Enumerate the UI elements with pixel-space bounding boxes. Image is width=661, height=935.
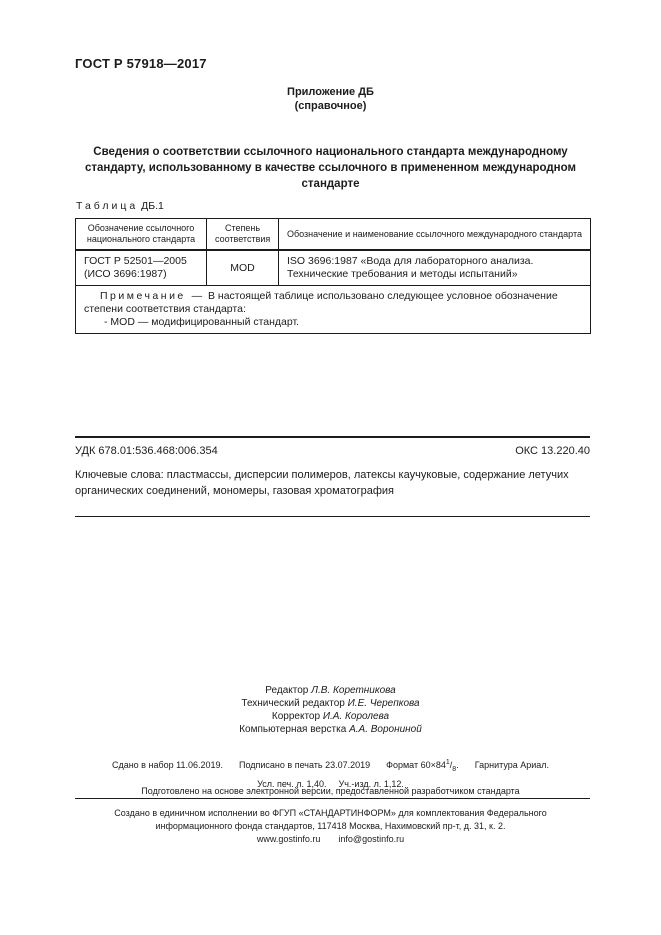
credit-line-editor: Редактор Л.В. Коретникова xyxy=(0,684,661,697)
footer-line-1: Создано в единичном исполнении во ФГУП «… xyxy=(0,807,661,820)
note-label: Примечание xyxy=(100,290,186,302)
reference-standards-table: Обозначение ссылочного национального ста… xyxy=(75,218,591,334)
document-code: ГОСТ Р 57918—2017 xyxy=(75,56,207,71)
document-heading: Сведения о соответствии ссылочного нацио… xyxy=(80,144,581,192)
credit-name: И.Е. Черепкова xyxy=(348,698,420,709)
note-dash: — xyxy=(192,290,203,302)
note-item: - MOD — модифицированный стандарт. xyxy=(84,316,582,329)
footer-contacts: www.gostinfo.ruinfo@gostinfo.ru xyxy=(0,833,661,846)
document-page: ГОСТ Р 57918—2017 Приложение ДБ (справоч… xyxy=(0,0,661,935)
divider-below-keywords xyxy=(75,516,590,517)
imprint-print-date: Подписано в печать 23.07.2019 xyxy=(239,760,370,770)
table-row: ГОСТ Р 52501—2005 (ИСО 3696:1987) MOD IS… xyxy=(76,250,591,286)
credits-block: Редактор Л.В. Коретникова Технический ре… xyxy=(0,684,661,736)
appendix-title: Приложение ДБ xyxy=(0,86,661,100)
credit-line-proofreader: Корректор И.А. Королева xyxy=(0,710,661,723)
credit-line-layout: Компьютерная верстка А.А. Ворониной xyxy=(0,723,661,736)
credit-name: Л.В. Коретникова xyxy=(311,685,396,696)
column-header-international-standard: Обозначение и наименование ссылочного ме… xyxy=(279,219,591,251)
credit-role: Редактор xyxy=(265,685,308,696)
imprint-format: Формат 60×841/8. xyxy=(386,760,459,770)
table-caption-number: ДБ.1 xyxy=(141,200,164,212)
classification-codes-row: УДК 678.01:536.468:006.354 ОКС 13.220.40 xyxy=(75,445,590,457)
cell-international-standard: ISO 3696:1987 «Вода для лабораторного ан… xyxy=(279,250,591,286)
imprint-line-1: Сдано в набор 11.06.2019.Подписано в печ… xyxy=(0,756,661,777)
udk-code: УДК 678.01:536.468:006.354 xyxy=(75,445,218,457)
table-caption-label: Таблица xyxy=(76,200,138,212)
publisher-footer: Создано в единичном исполнении во ФГУП «… xyxy=(0,807,661,846)
appendix-kind: (справочное) xyxy=(0,100,661,114)
table-note-cell: Примечание — В настоящей таблице использ… xyxy=(76,286,591,334)
oks-code: ОКС 13.220.40 xyxy=(515,445,590,457)
footer-website: www.gostinfo.ru xyxy=(257,834,321,844)
credit-name: А.А. Ворониной xyxy=(349,724,422,735)
column-header-degree: Степень соответствия xyxy=(207,219,279,251)
cell-degree: MOD xyxy=(207,250,279,286)
footer-email: info@gostinfo.ru xyxy=(338,834,404,844)
appendix-header: Приложение ДБ (справочное) xyxy=(0,86,661,113)
credit-role: Компьютерная верстка xyxy=(239,724,346,735)
credit-role: Технический редактор xyxy=(241,698,344,709)
footer-line-2: информационного фонда стандартов, 117418… xyxy=(0,820,661,833)
credit-line-technical-editor: Технический редактор И.Е. Черепкова xyxy=(0,697,661,710)
cell-national-standard: ГОСТ Р 52501—2005 (ИСО 3696:1987) xyxy=(76,250,207,286)
credit-name: И.А. Королева xyxy=(323,711,389,722)
imprint-set-date: Сдано в набор 11.06.2019. xyxy=(112,760,223,770)
column-header-national-standard: Обозначение ссылочного национального ста… xyxy=(76,219,207,251)
divider-above-footer xyxy=(75,798,590,799)
keywords-paragraph: Ключевые слова: пластмассы, дисперсии по… xyxy=(75,468,593,499)
table-note-row: Примечание — В настоящей таблице использ… xyxy=(76,286,591,334)
prepared-note: Подготовлено на основе электронной верси… xyxy=(0,786,661,796)
divider-above-udk xyxy=(75,436,590,438)
table-caption: Таблица ДБ.1 xyxy=(76,200,164,212)
credit-role: Корректор xyxy=(272,711,320,722)
table-header-row: Обозначение ссылочного национального ста… xyxy=(76,219,591,251)
imprint-typeface: Гарнитура Ариал. xyxy=(475,760,549,770)
table-note-paragraph: Примечание — В настоящей таблице использ… xyxy=(84,290,582,316)
